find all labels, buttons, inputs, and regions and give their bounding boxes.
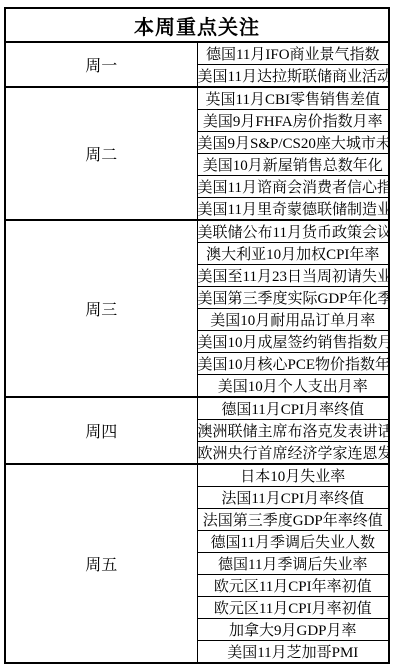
event-item: 欧洲央行首席经济学家连恩发表讲话 [197, 442, 389, 465]
weekly-focus-table: 本周重点关注 周一德国11月IFO商业景气指数美国11月达拉斯联储商业活动指数周… [4, 7, 390, 634]
event-item: 美国9月FHFA房价指数月率 [197, 110, 389, 132]
event-item: 美国10月耐用品订单月率 [197, 309, 389, 331]
weekly-focus-table-wrap: 本周重点关注 周一德国11月IFO商业景气指数美国11月达拉斯联储商业活动指数周… [4, 7, 390, 634]
event-item: 欧元区11月CPI年率初值 [197, 575, 389, 597]
event-item: 美国至11月23日当周初请失业金人数 [197, 265, 389, 287]
event-item: 澳洲联储主席布洛克发表讲话 [197, 420, 389, 442]
event-item: 美联储公布11月货币政策会议纪要 [197, 220, 389, 243]
table-body: 周一德国11月IFO商业景气指数美国11月达拉斯联储商业活动指数周二英国11月C… [5, 42, 389, 634]
day-label: 周四 [5, 397, 197, 464]
title-row: 本周重点关注 [5, 8, 389, 42]
day-label: 周三 [5, 220, 197, 397]
event-item: 德国11月季调后失业率 [197, 553, 389, 575]
table-row: 周三美联储公布11月货币政策会议纪要 [5, 220, 389, 243]
event-item: 英国11月CBI零售销售差值 [197, 87, 389, 110]
event-item: 美国9月S&P/CS20座大城市未季调房价指数年率 [197, 132, 389, 154]
event-item: 德国11月CPI月率终值 [197, 397, 389, 420]
table-row: 周五日本10月失业率 [5, 464, 389, 487]
event-item: 法国第三季度GDP年率终值 [197, 509, 389, 531]
event-item: 欧元区11月CPI月率初值 [197, 597, 389, 619]
event-item: 美国11月谘商会消费者信心指数 [197, 176, 389, 198]
table-title: 本周重点关注 [5, 8, 389, 42]
event-item: 加拿大9月GDP月率 [197, 619, 389, 635]
event-item: 日本10月失业率 [197, 464, 389, 487]
event-item: 美国10月核心PCE物价指数年率/月率 [197, 353, 389, 375]
event-item: 德国11月季调后失业人数 [197, 531, 389, 553]
event-item: 美国第三季度实际GDP年化季率修正值 [197, 287, 389, 309]
event-item: 美国11月里奇蒙德联储制造业指数 [197, 198, 389, 221]
table-row: 周四德国11月CPI月率终值 [5, 397, 389, 420]
day-label: 周一 [5, 42, 197, 87]
event-item: 美国10月成屋签约销售指数月率 [197, 331, 389, 353]
event-item: 德国11月IFO商业景气指数 [197, 42, 389, 65]
event-item: 澳大利亚10月加权CPI年率 [197, 243, 389, 265]
day-label: 周五 [5, 464, 197, 634]
event-item: 法国11月CPI月率终值 [197, 487, 389, 509]
table-row: 周一德国11月IFO商业景气指数 [5, 42, 389, 65]
event-item: 美国10月新屋销售总数年化 [197, 154, 389, 176]
event-item: 美国10月个人支出月率 [197, 375, 389, 398]
table-row: 周二英国11月CBI零售销售差值 [5, 87, 389, 110]
event-item: 美国11月达拉斯联储商业活动指数 [197, 65, 389, 88]
day-label: 周二 [5, 87, 197, 220]
